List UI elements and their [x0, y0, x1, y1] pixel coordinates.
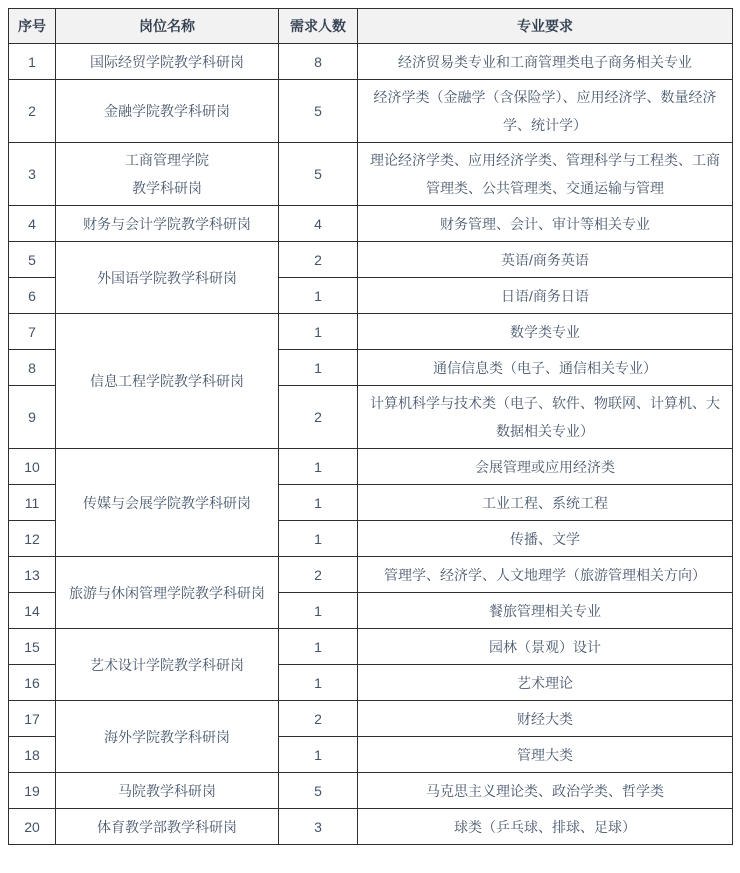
- count-cell: 1: [279, 278, 358, 314]
- requirement-cell: 传播、文学: [358, 521, 733, 557]
- requirement-cell: 计算机科学与技术类（电子、软件、物联网、计算机、大数据相关专业）: [358, 386, 733, 449]
- position-cell: 旅游与休闲管理学院教学科研岗: [56, 557, 279, 629]
- serial-cell: 8: [9, 350, 56, 386]
- serial-cell: 1: [9, 44, 56, 80]
- position-cell: 海外学院教学科研岗: [56, 701, 279, 773]
- serial-cell: 19: [9, 773, 56, 809]
- position-cell: 财务与会计学院教学科研岗: [56, 206, 279, 242]
- serial-cell: 2: [9, 80, 56, 143]
- requirement-cell: 日语/商务日语: [358, 278, 733, 314]
- requirement-cell: 艺术理论: [358, 665, 733, 701]
- position-cell: 工商管理学院 教学科研岗: [56, 143, 279, 206]
- count-cell: 5: [279, 773, 358, 809]
- serial-cell: 7: [9, 314, 56, 350]
- serial-cell: 6: [9, 278, 56, 314]
- serial-cell: 18: [9, 737, 56, 773]
- position-cell: 外国语学院教学科研岗: [56, 242, 279, 314]
- count-cell: 1: [279, 449, 358, 485]
- requirement-cell: 园林（景观）设计: [358, 629, 733, 665]
- table-row: 19马院教学科研岗5马克思主义理论类、政治学类、哲学类: [9, 773, 733, 809]
- serial-cell: 4: [9, 206, 56, 242]
- serial-cell: 9: [9, 386, 56, 449]
- header-count: 需求人数: [279, 9, 358, 44]
- table-row: 5外国语学院教学科研岗2英语/商务英语: [9, 242, 733, 278]
- count-cell: 2: [279, 242, 358, 278]
- requirement-cell: 餐旅管理相关专业: [358, 593, 733, 629]
- count-cell: 1: [279, 350, 358, 386]
- count-cell: 1: [279, 314, 358, 350]
- header-position: 岗位名称: [56, 9, 279, 44]
- requirement-cell: 财经大类: [358, 701, 733, 737]
- header-serial: 序号: [9, 9, 56, 44]
- requirement-cell: 工业工程、系统工程: [358, 485, 733, 521]
- count-cell: 3: [279, 809, 358, 845]
- serial-cell: 14: [9, 593, 56, 629]
- position-cell: 传媒与会展学院教学科研岗: [56, 449, 279, 557]
- table-row: 4财务与会计学院教学科研岗4财务管理、会计、审计等相关专业: [9, 206, 733, 242]
- count-cell: 1: [279, 629, 358, 665]
- count-cell: 4: [279, 206, 358, 242]
- header-row: 序号 岗位名称 需求人数 专业要求: [9, 9, 733, 44]
- table-row: 20体育教学部教学科研岗3球类（乒乓球、排球、足球）: [9, 809, 733, 845]
- requirement-cell: 经济贸易类专业和工商管理类电子商务相关专业: [358, 44, 733, 80]
- serial-cell: 16: [9, 665, 56, 701]
- position-cell: 体育教学部教学科研岗: [56, 809, 279, 845]
- requirement-cell: 管理大类: [358, 737, 733, 773]
- job-positions-table: 序号 岗位名称 需求人数 专业要求 1国际经贸学院教学科研岗8经济贸易类专业和工…: [8, 8, 733, 845]
- serial-cell: 3: [9, 143, 56, 206]
- requirement-cell: 管理学、经济学、人文地理学（旅游管理相关方向）: [358, 557, 733, 593]
- count-cell: 2: [279, 386, 358, 449]
- requirement-cell: 通信信息类（电子、通信相关专业）: [358, 350, 733, 386]
- serial-cell: 12: [9, 521, 56, 557]
- position-cell: 信息工程学院教学科研岗: [56, 314, 279, 449]
- count-cell: 1: [279, 593, 358, 629]
- table-body: 1国际经贸学院教学科研岗8经济贸易类专业和工商管理类电子商务相关专业2金融学院教…: [9, 44, 733, 845]
- requirement-cell: 英语/商务英语: [358, 242, 733, 278]
- table-row: 1国际经贸学院教学科研岗8经济贸易类专业和工商管理类电子商务相关专业: [9, 44, 733, 80]
- count-cell: 5: [279, 143, 358, 206]
- requirement-cell: 经济学类（金融学（含保险学）、应用经济学、数量经济学、统计学）: [358, 80, 733, 143]
- count-cell: 2: [279, 701, 358, 737]
- requirement-cell: 理论经济学类、应用经济学类、管理科学与工程类、工商管理类、公共管理类、交通运输与…: [358, 143, 733, 206]
- serial-cell: 17: [9, 701, 56, 737]
- table-row: 3工商管理学院 教学科研岗5理论经济学类、应用经济学类、管理科学与工程类、工商管…: [9, 143, 733, 206]
- header-requirement: 专业要求: [358, 9, 733, 44]
- count-cell: 1: [279, 665, 358, 701]
- requirement-cell: 数学类专业: [358, 314, 733, 350]
- requirement-cell: 马克思主义理论类、政治学类、哲学类: [358, 773, 733, 809]
- table-row: 17海外学院教学科研岗2财经大类: [9, 701, 733, 737]
- requirement-cell: 会展管理或应用经济类: [358, 449, 733, 485]
- requirement-cell: 球类（乒乓球、排球、足球）: [358, 809, 733, 845]
- count-cell: 2: [279, 557, 358, 593]
- requirement-cell: 财务管理、会计、审计等相关专业: [358, 206, 733, 242]
- count-cell: 1: [279, 737, 358, 773]
- serial-cell: 15: [9, 629, 56, 665]
- table-row: 2金融学院教学科研岗5经济学类（金融学（含保险学）、应用经济学、数量经济学、统计…: [9, 80, 733, 143]
- count-cell: 1: [279, 485, 358, 521]
- serial-cell: 10: [9, 449, 56, 485]
- count-cell: 1: [279, 521, 358, 557]
- table-header: 序号 岗位名称 需求人数 专业要求: [9, 9, 733, 44]
- position-cell: 马院教学科研岗: [56, 773, 279, 809]
- serial-cell: 20: [9, 809, 56, 845]
- count-cell: 8: [279, 44, 358, 80]
- count-cell: 5: [279, 80, 358, 143]
- serial-cell: 5: [9, 242, 56, 278]
- table-row: 7信息工程学院教学科研岗1数学类专业: [9, 314, 733, 350]
- position-cell: 金融学院教学科研岗: [56, 80, 279, 143]
- table-row: 10传媒与会展学院教学科研岗1会展管理或应用经济类: [9, 449, 733, 485]
- serial-cell: 13: [9, 557, 56, 593]
- position-cell: 艺术设计学院教学科研岗: [56, 629, 279, 701]
- table-row: 15艺术设计学院教学科研岗1园林（景观）设计: [9, 629, 733, 665]
- serial-cell: 11: [9, 485, 56, 521]
- page: 序号 岗位名称 需求人数 专业要求 1国际经贸学院教学科研岗8经济贸易类专业和工…: [0, 0, 740, 873]
- table-row: 13旅游与休闲管理学院教学科研岗2管理学、经济学、人文地理学（旅游管理相关方向）: [9, 557, 733, 593]
- position-cell: 国际经贸学院教学科研岗: [56, 44, 279, 80]
